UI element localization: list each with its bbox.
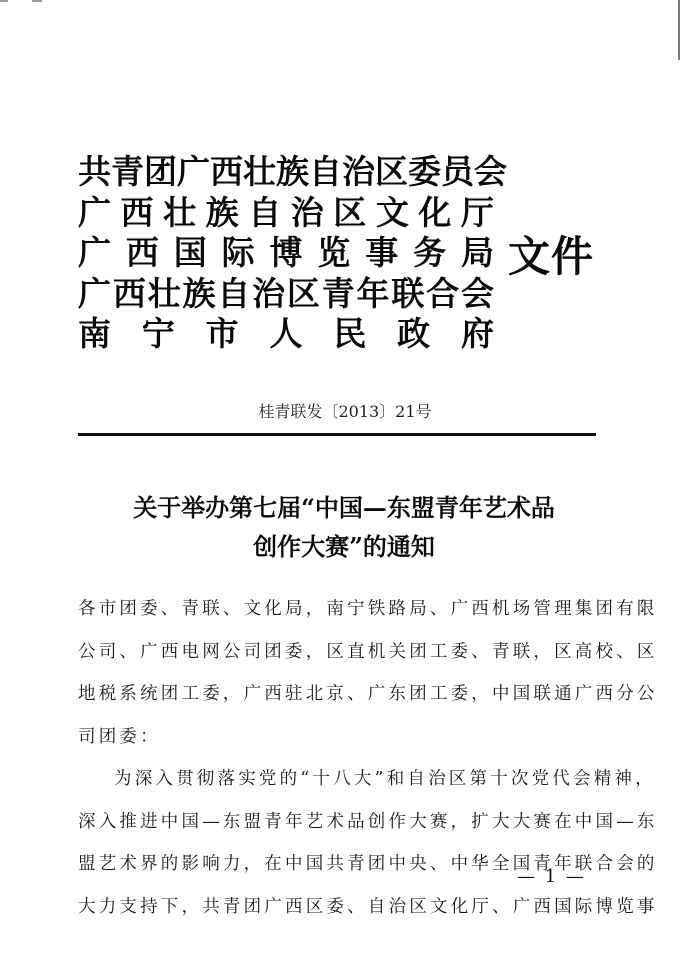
issuer-char: 委 xyxy=(408,152,441,193)
recipients-line: 地税系统团工委，广西驻北京、广东团工委，中国联通广西分公 xyxy=(78,673,596,716)
issuer-line: 广西壮族自治区青年联合会 xyxy=(78,274,494,315)
notice-title: 关于举办第七届“中国—东盟青年艺术品 创作大赛”的通知 xyxy=(0,488,680,566)
recipients-line: 各市团委、青联、文化局，南宁铁路局、广西机场管理集团有限 xyxy=(78,588,596,631)
issuer-char: 共 xyxy=(78,152,111,193)
recipients-line: 公司、广西电网公司团委，区直机关团工委、青联，区高校、区 xyxy=(78,631,596,674)
header-separator-line xyxy=(78,433,596,436)
issuer-char: 壮 xyxy=(163,193,196,234)
issuer-char: 壮 xyxy=(243,152,276,193)
issuer-char: 人 xyxy=(269,314,302,355)
issuer-char: 博 xyxy=(270,233,303,274)
issuer-char: 会 xyxy=(474,152,507,193)
issuer-char: 青 xyxy=(322,274,355,315)
issuer-char: 团 xyxy=(144,152,177,193)
issuer-char: 务 xyxy=(413,233,446,274)
issuer-char: 国 xyxy=(174,233,207,274)
issuer-char: 西 xyxy=(121,193,154,234)
issuer-char: 民 xyxy=(333,314,366,355)
paragraph-line: 为深入贯彻落实党的“十八大”和自治区第十次党代会精神， xyxy=(78,758,596,801)
issuer-line: 广西国际博览事务局 xyxy=(78,233,494,274)
issuer-char: 联 xyxy=(391,274,424,315)
issuer-char: 文 xyxy=(376,193,409,234)
issuer-char: 自 xyxy=(248,193,281,234)
issuing-organizations: 共青团广西壮族自治区委员会 广西壮族自治区文化厅 广西国际博览事务局 广西壮族自… xyxy=(78,152,494,355)
issuer-char: 览 xyxy=(317,233,350,274)
issuer-char: 际 xyxy=(222,233,255,274)
issuer-char: 青 xyxy=(111,152,144,193)
issuer-char: 年 xyxy=(357,274,390,315)
issuer-line: 广西壮族自治区文化厅 xyxy=(78,193,494,234)
issuer-char: 广 xyxy=(78,193,111,234)
issuer-char: 南 xyxy=(78,314,111,355)
issuer-char: 厅 xyxy=(461,193,494,234)
issuer-char: 治 xyxy=(291,193,324,234)
issuer-char: 府 xyxy=(461,314,494,355)
issuer-char: 员 xyxy=(441,152,474,193)
issuer-line: 南宁市人民政府 xyxy=(78,314,494,355)
issuer-char: 市 xyxy=(206,314,239,355)
recipients-line: 司团委： xyxy=(78,716,596,759)
issuer-char: 西 xyxy=(210,152,243,193)
issuer-char: 广 xyxy=(177,152,210,193)
issuer-char: 西 xyxy=(126,233,159,274)
title-line: 关于举办第七届“中国—东盟青年艺术品 xyxy=(0,488,680,527)
issuer-char: 区 xyxy=(375,152,408,193)
scan-artifact-mark xyxy=(32,0,42,2)
issuer-char: 区 xyxy=(287,274,320,315)
issuer-char: 自 xyxy=(217,274,250,315)
issuer-char: 区 xyxy=(333,193,366,234)
issuer-char: 自 xyxy=(309,152,342,193)
issuer-char: 治 xyxy=(252,274,285,315)
issuer-char: 壮 xyxy=(148,274,181,315)
issuer-char: 治 xyxy=(342,152,375,193)
paragraph-line: 深入推进中国—东盟青年艺术品创作大赛，扩大大赛在中国—东 xyxy=(78,801,596,844)
issuer-char: 族 xyxy=(206,193,239,234)
issuer-char: 族 xyxy=(276,152,309,193)
issuer-char: 事 xyxy=(365,233,398,274)
issuer-char: 局 xyxy=(461,233,494,274)
scan-artifact-mark xyxy=(0,0,8,2)
issuer-char: 西 xyxy=(113,274,146,315)
issuer-char: 广 xyxy=(78,233,111,274)
document-label: 文件 xyxy=(508,232,594,282)
document-number: 桂青联发〔2013〕21号 xyxy=(0,400,680,424)
issuer-char: 合 xyxy=(426,274,459,315)
issuer-char: 会 xyxy=(461,274,494,315)
issuer-char: 政 xyxy=(397,314,430,355)
page-number: — 1 — xyxy=(517,865,586,889)
issuer-char: 族 xyxy=(182,274,215,315)
title-line: 创作大赛”的通知 xyxy=(0,527,680,566)
paragraph-line: 大力支持下，共青团广西区委、自治区文化厅、广西国际博览事 xyxy=(78,886,596,929)
issuer-line: 共青团广西壮族自治区委员会 xyxy=(78,152,494,193)
issuer-char: 化 xyxy=(418,193,451,234)
issuer-char: 广 xyxy=(78,274,111,315)
issuer-char: 宁 xyxy=(142,314,175,355)
